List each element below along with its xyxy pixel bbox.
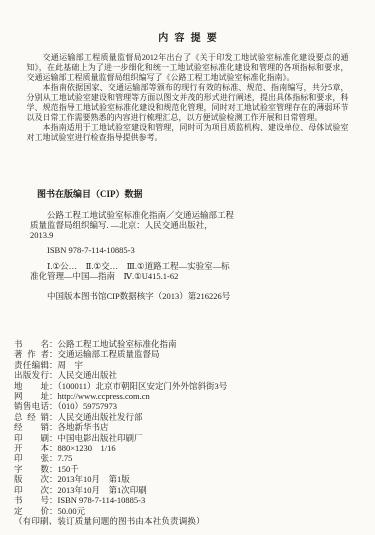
colophon-label: 网址 <box>14 391 49 401</box>
colophon-colon: ： <box>49 474 58 484</box>
colophon-colon: ： <box>49 349 58 359</box>
abstract-paragraph: 本指南依据国家、交通运输部等颁布的现行有效的标准、规范、指南编写，共分5章，分别… <box>27 83 349 123</box>
colophon-colon: ： <box>49 422 58 432</box>
colophon-row-edition: 版次：2013年10月 第1版 <box>14 474 375 484</box>
colophon-label: 版次 <box>14 474 49 484</box>
colophon-colon: ： <box>49 412 58 422</box>
colophon-label: 责任编辑 <box>14 360 49 370</box>
cip-block: 公路工程工地试验室标准化指南／交通运输部工程 质量监督局组织编写. —北京：人民… <box>30 210 375 301</box>
colophon-value: （010）59757973 <box>58 401 118 411</box>
abstract-paragraph: 本指南适用于工地试验室建设和管理，同时可为项目质监机构、建设单位、母体试验室对工… <box>27 123 349 143</box>
colophon-value: 7.75 <box>58 453 73 463</box>
colophon-value: 中国电影出版社印刷厂 <box>58 433 143 443</box>
colophon-value: 公路工程工地试验室标准化指南 <box>58 339 177 349</box>
colophon-value: （100011）北京市朝阳区安定门外外馆斜街3号 <box>58 381 228 391</box>
colophon-note: （有印刷、装订质量问题的图书由本社负责调换） <box>14 516 375 526</box>
colophon-value: 150千 <box>58 464 79 474</box>
colophon-colon: ： <box>49 464 58 474</box>
cip-classification-line: Ⅰ.①公… Ⅱ.①交… Ⅲ.①道路工程—实验室—标 <box>30 261 375 271</box>
colophon-label: 出版发行 <box>14 370 49 380</box>
colophon-colon: ： <box>49 401 58 411</box>
colophon-label: 销售电话 <box>14 401 49 411</box>
colophon-row-sheets: 印张：7.75 <box>14 453 375 463</box>
colophon-value: 周 宇 <box>58 360 84 370</box>
colophon-value: ISBN 978-7-114-10885-3 <box>58 495 146 505</box>
cip-title-line: 公路工程工地试验室标准化指南／交通运输部工程 <box>30 210 375 220</box>
cip-header: 图书在版编目（CIP）数据 <box>37 187 375 200</box>
colophon-label: 印刷 <box>14 433 49 443</box>
colophon-colon: ： <box>49 339 58 349</box>
cip-title-line: 质量监督局组织编写. —北京：人民交通出版社， <box>30 220 375 230</box>
colophon-value: http://www.ccpress.com.cn <box>58 391 150 401</box>
cip-isbn: ISBN 978-7-114-10885-3 <box>30 245 375 255</box>
colophon-value: 50.00元 <box>58 506 86 516</box>
colophon-label: 经销 <box>14 422 49 432</box>
colophon-value: 交通运输部工程质量监督局 <box>58 349 160 359</box>
colophon-row-website: 网址：http://www.ccpress.com.cn <box>14 391 375 401</box>
colophon-row-address: 地址：（100011）北京市朝阳区安定门外外馆斜街3号 <box>14 381 375 391</box>
colophon-value: 人民交通出版社发行部 <box>58 412 143 422</box>
colophon-row-word-count: 字数：150千 <box>14 464 375 474</box>
colophon-row-price: 定价：50.00元 <box>14 506 375 516</box>
colophon-row-distributor: 经销：各地新华书店 <box>14 422 375 432</box>
cip-title-line: 2013.9 <box>30 230 375 240</box>
colophon-block: 书名：公路工程工地试验室标准化指南 著作者：交通运输部工程质量监督局 责任编辑：… <box>14 339 375 526</box>
colophon-label: 书名 <box>14 339 49 349</box>
colophon-label: 著作者 <box>14 349 49 359</box>
copyright-page: 内容提要 交通运输部工程质量监督局2012年出台了《关于印发工地试验室标准化建设… <box>0 0 375 535</box>
colophon-label: 印张 <box>14 453 49 463</box>
colophon-row-isbn: 书号：ISBN 978-7-114-10885-3 <box>14 495 375 505</box>
colophon-row-publisher: 出版发行：人民交通出版社 <box>14 370 375 380</box>
colophon-colon: ： <box>49 391 58 401</box>
colophon-label: 地址 <box>14 381 49 391</box>
colophon-value: 人民交通出版社 <box>58 370 118 380</box>
colophon-value: 880×1230 1/16 <box>58 443 116 453</box>
colophon-row-author: 著作者：交通运输部工程质量监督局 <box>14 349 375 359</box>
cip-record-number: 中国版本图书馆CIP数据核字（2013）第216226号 <box>30 291 375 301</box>
abstract-paragraph: 交通运输部工程质量监督局2012年出台了《关于印发工地试验室标准化建设要点的通知… <box>27 53 349 83</box>
colophon-label: 书号 <box>14 495 49 505</box>
colophon-row-format: 开本：880×1230 1/16 <box>14 443 375 453</box>
colophon-label: 总经销 <box>14 412 49 422</box>
colophon-colon: ： <box>49 433 58 443</box>
cip-classification-line: 准化管理—中国—指南 Ⅳ.①U415.1-62 <box>30 271 375 281</box>
colophon-colon: ： <box>49 495 58 505</box>
colophon-colon: ： <box>49 506 58 516</box>
colophon-colon: ： <box>49 381 58 391</box>
colophon-colon: ： <box>49 443 58 453</box>
colophon-colon: ： <box>49 453 58 463</box>
colophon-colon: ： <box>49 370 58 380</box>
colophon-label: 印次 <box>14 485 49 495</box>
colophon-value: 2013年10月 第1版 <box>58 474 130 484</box>
colophon-colon: ： <box>49 360 58 370</box>
colophon-value: 2013年10月 第1次印刷 <box>58 485 147 495</box>
colophon-row-editor: 责任编辑：周 宇 <box>14 360 375 370</box>
colophon-row-printing: 印次：2013年10月 第1次印刷 <box>14 485 375 495</box>
colophon-label: 字数 <box>14 464 49 474</box>
abstract-title: 内容提要 <box>0 0 375 44</box>
colophon-row-sales-phone: 销售电话：（010）59757973 <box>14 401 375 411</box>
abstract-text: 交通运输部工程质量监督局2012年出台了《关于印发工地试验室标准化建设要点的通知… <box>27 53 349 143</box>
colophon-value: 各地新华书店 <box>58 422 109 432</box>
colophon-row-general-distributor: 总经销：人民交通出版社发行部 <box>14 412 375 422</box>
colophon-label: 开本 <box>14 443 49 453</box>
colophon-colon: ： <box>49 485 58 495</box>
colophon-row-printer: 印刷：中国电影出版社印刷厂 <box>14 433 375 443</box>
colophon-row-title: 书名：公路工程工地试验室标准化指南 <box>14 339 375 349</box>
colophon-label: 定价 <box>14 506 49 516</box>
